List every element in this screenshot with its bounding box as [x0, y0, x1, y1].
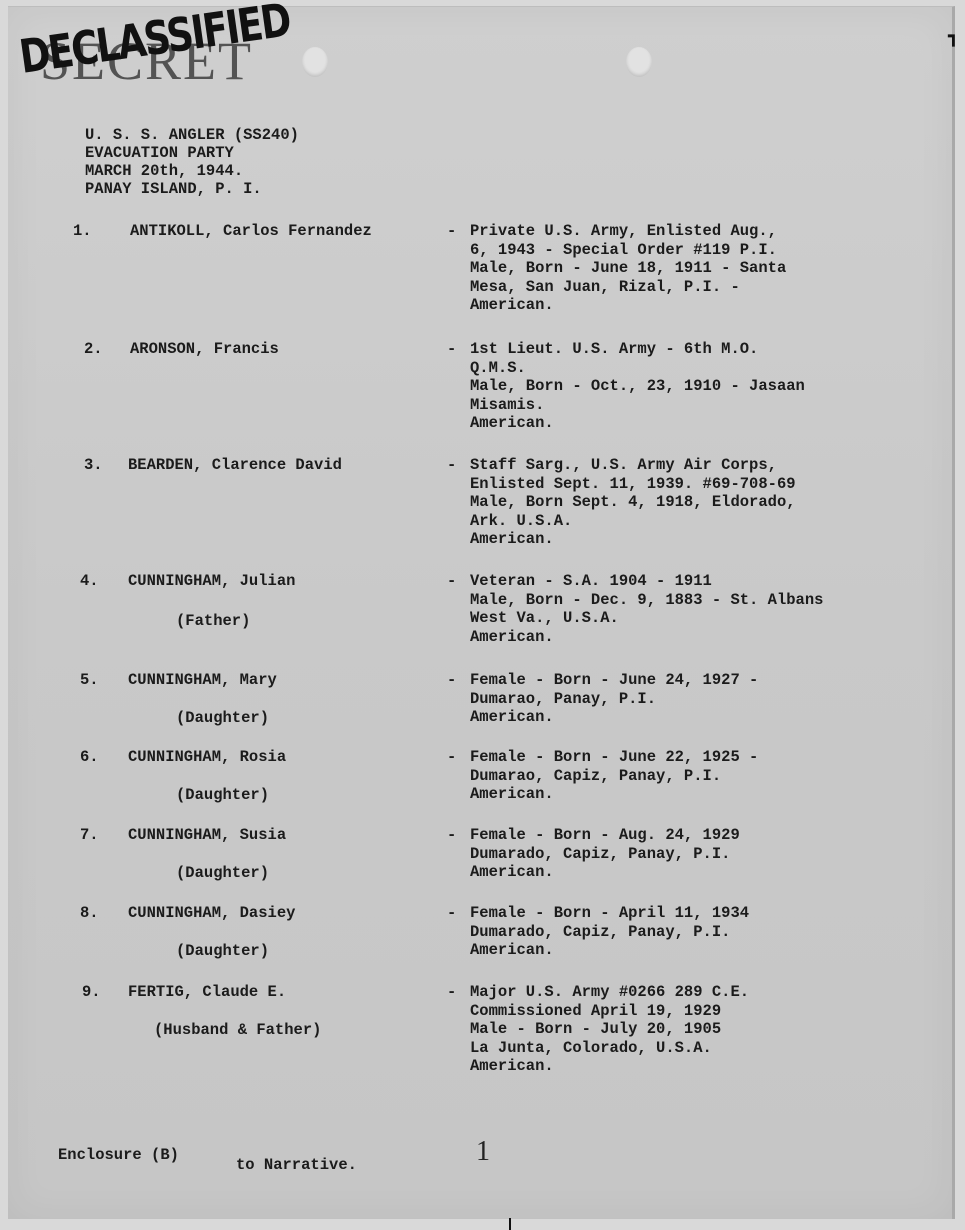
- entry-description: Female - Born - June 22, 1925 - Dumarao,…: [470, 748, 758, 804]
- entry-dash: -: [447, 904, 456, 923]
- page-number: 1: [476, 1136, 490, 1168]
- entry-number: 5.: [80, 671, 99, 690]
- header-line-location: PANAY ISLAND, P. I.: [85, 180, 299, 198]
- header-line-party: EVACUATION PARTY: [85, 144, 299, 162]
- entry-dash: -: [447, 222, 456, 241]
- entry-number: 9.: [82, 983, 101, 1002]
- edge-mark: ┓: [948, 26, 959, 48]
- entry-dash: -: [447, 456, 456, 475]
- entry-relation: (Daughter): [176, 709, 269, 728]
- punch-hole: [302, 47, 328, 77]
- entry-name: ARONSON, Francis: [130, 340, 279, 359]
- entry-name: CUNNINGHAM, Dasiey: [128, 904, 295, 923]
- header-line-vessel: U. S. S. ANGLER (SS240): [85, 126, 299, 144]
- entry-dash: -: [447, 748, 456, 767]
- entry-relation: (Daughter): [176, 942, 269, 961]
- entry-description: Female - Born - Aug. 24, 1929 Dumarado, …: [470, 826, 740, 882]
- entry-dash: -: [447, 340, 456, 359]
- entry-number: 1.: [73, 222, 92, 241]
- entry-description: Private U.S. Army, Enlisted Aug., 6, 194…: [470, 222, 786, 315]
- entry-dash: -: [447, 826, 456, 845]
- entry-name: CUNNINGHAM, Mary: [128, 671, 277, 690]
- entry-description: Female - Born - June 24, 1927 - Dumarao,…: [470, 671, 758, 727]
- punch-hole: [626, 47, 652, 77]
- entry-description: 1st Lieut. U.S. Army - 6th M.O. Q.M.S. M…: [470, 340, 805, 433]
- enclosure-label: Enclosure (B): [58, 1146, 179, 1164]
- entry-name: FERTIG, Claude E.: [128, 983, 286, 1002]
- entry-name: ANTIKOLL, Carlos Fernandez: [130, 222, 372, 241]
- entry-relation: (Father): [176, 612, 250, 631]
- entry-number: 3.: [84, 456, 103, 475]
- entry-name: CUNNINGHAM, Julian: [128, 572, 295, 591]
- entry-dash: -: [447, 671, 456, 690]
- entry-dash: -: [447, 572, 456, 591]
- header-line-date: MARCH 20th, 1944.: [85, 162, 299, 180]
- entry-number: 8.: [80, 904, 99, 923]
- entry-number: 6.: [80, 748, 99, 767]
- entry-number: 2.: [84, 340, 103, 359]
- entry-relation: (Daughter): [176, 786, 269, 805]
- entry-number: 7.: [80, 826, 99, 845]
- document-header: U. S. S. ANGLER (SS240) EVACUATION PARTY…: [85, 126, 299, 198]
- entry-description: Veteran - S.A. 1904 - 1911 Male, Born - …: [470, 572, 823, 646]
- entry-name: BEARDEN, Clarence David: [128, 456, 342, 475]
- entry-name: CUNNINGHAM, Rosia: [128, 748, 286, 767]
- entry-name: CUNNINGHAM, Susia: [128, 826, 286, 845]
- entry-relation: (Husband & Father): [154, 1021, 321, 1040]
- entry-description: Staff Sarg., U.S. Army Air Corps, Enlist…: [470, 456, 796, 549]
- entry-description: Major U.S. Army #0266 289 C.E. Commissio…: [470, 983, 749, 1076]
- entry-dash: -: [447, 983, 456, 1002]
- bottom-edge-tick: [509, 1218, 511, 1230]
- entry-description: Female - Born - April 11, 1934 Dumarado,…: [470, 904, 749, 960]
- entry-number: 4.: [80, 572, 99, 591]
- entry-relation: (Daughter): [176, 864, 269, 883]
- narrative-label: to Narrative.: [236, 1156, 357, 1174]
- classification-stamp: SECRET DECLASSIFIED: [20, 22, 250, 102]
